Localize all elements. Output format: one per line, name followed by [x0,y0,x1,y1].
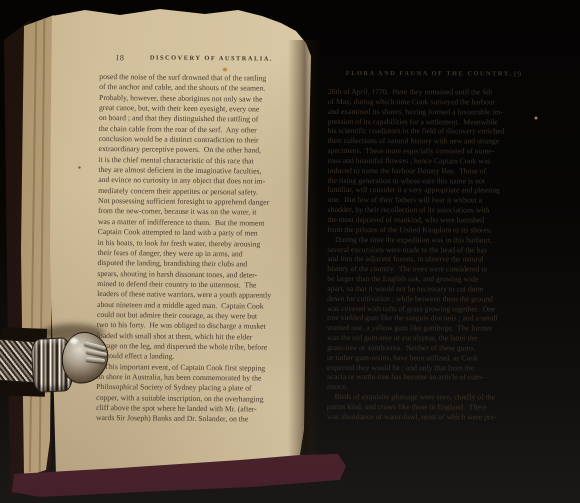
clasp-highlight [70,338,78,344]
right-running-title: FLORA AND FAUNA OF THE COUNTRY. [346,70,506,77]
left-running-head: 18 DISCOVERY OF AUSTRALIA. [99,53,295,67]
right-running-head: FLORA AND FAUNA OF THE COUNTRY. 19 [328,69,524,82]
right-page-body-text: 28th of April, 1770. Here they remained … [327,87,524,422]
open-book-photo: 18 DISCOVERY OF AUSTRALIA. posed the noi… [0,0,580,503]
right-page-number: 19 [513,69,522,78]
silver-hand-page-clasp [0,318,112,404]
foxing-spot [222,67,228,72]
left-page-number: 18 [115,53,124,62]
right-page-content: FLORA AND FAUNA OF THE COUNTRY. 19 28th … [327,0,524,481]
foxing-spot [534,116,538,120]
left-running-title: DISCOVERY OF AUSTRALIA. [141,54,281,62]
margin-mark [78,166,81,169]
left-page-content: 18 DISCOVERY OF AUSTRALIA. posed the noi… [95,0,296,482]
left-page-body-text: posed the noise of the surf drowned that… [96,72,295,426]
